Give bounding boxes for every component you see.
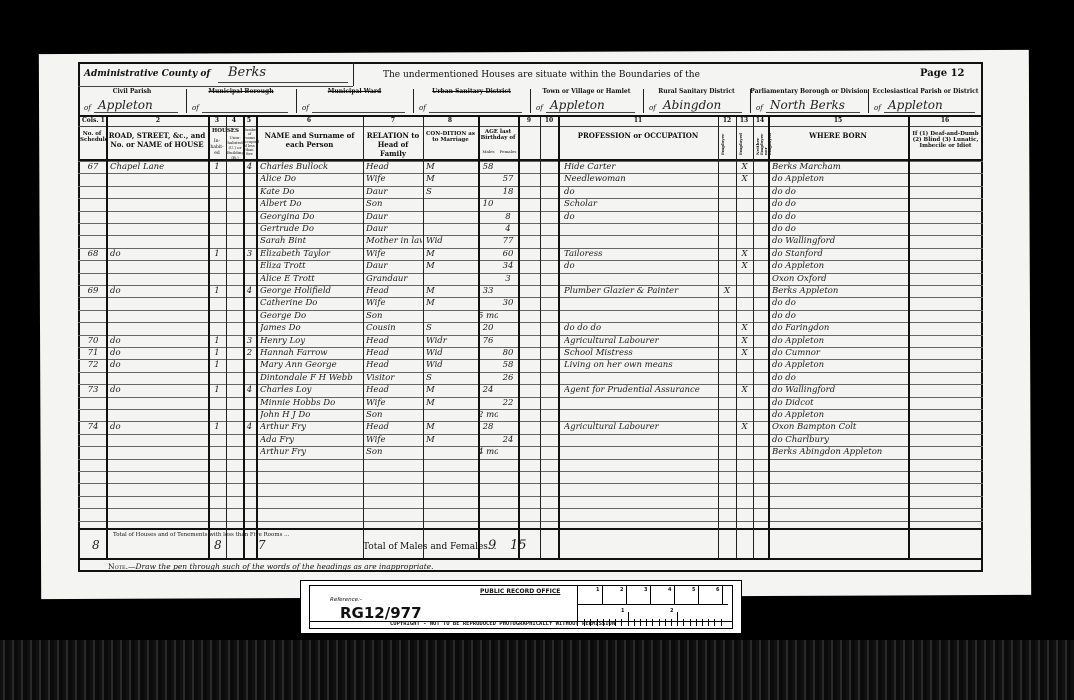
column-header-road: ROAD, STREET, &c., and No. or NAME of HO… bbox=[108, 131, 206, 149]
cell-condition: M bbox=[426, 161, 476, 173]
column-header-age: AGE last Birthday of bbox=[478, 129, 518, 141]
footnote-text: Draw the pen through such of the words o… bbox=[136, 562, 434, 571]
cell-born: do Charlbury bbox=[772, 434, 906, 446]
footnote-prefix: Note.— bbox=[108, 562, 136, 571]
cell-born: Oxon Bampton Colt bbox=[772, 421, 906, 433]
cell-rooms: 4 bbox=[243, 384, 256, 396]
reference-value: RG12/977 bbox=[340, 604, 422, 622]
cell-male-age: 58 bbox=[478, 161, 498, 173]
cell-born: do Stanford bbox=[772, 248, 906, 260]
cell-name: Kate Do bbox=[260, 186, 364, 198]
cell-relation: Head bbox=[366, 359, 422, 371]
cell-occupation: Scholar bbox=[564, 198, 716, 210]
column-number: 8 bbox=[440, 117, 460, 124]
cell-employer: X bbox=[718, 285, 736, 297]
cell-rooms: 3 bbox=[243, 335, 256, 347]
cell-schedule: 74 bbox=[80, 421, 106, 433]
header-field-label: Ecclesiastical Parish or District bbox=[868, 89, 983, 95]
cell-female-age: 26 bbox=[498, 372, 518, 384]
cell-relation: Wife bbox=[366, 434, 422, 446]
column-number: 10 bbox=[539, 117, 559, 124]
cell-born: do Faringdon bbox=[772, 322, 906, 334]
cell-relation: Daur bbox=[366, 260, 422, 272]
cell-relation: Wife bbox=[366, 173, 422, 185]
cell-name: Mary Ann George bbox=[260, 359, 364, 371]
cell-inhabited: 1 bbox=[208, 285, 226, 297]
cell-female-age: 80 bbox=[498, 347, 518, 359]
cell-condition: M bbox=[426, 434, 476, 446]
cell-born: do Appleton bbox=[772, 359, 906, 371]
cell-occupation: do do do bbox=[564, 322, 716, 334]
cell-name: Sarah Bint bbox=[260, 235, 364, 247]
persons-total-label: Total of Males and Females... bbox=[363, 542, 497, 552]
cell-female-age: 22 bbox=[498, 397, 518, 409]
header-field-label: Civil Parish bbox=[78, 89, 186, 95]
cell-name: Gertrude Do bbox=[260, 223, 364, 235]
cell-name: Catherine Do bbox=[260, 297, 364, 309]
cell-name: Eliza Trott bbox=[260, 260, 364, 272]
cell-employed: X bbox=[736, 322, 753, 334]
cell-condition: M bbox=[426, 421, 476, 433]
inhabited-total: 8 bbox=[214, 538, 222, 552]
cell-born: do Wallingford bbox=[772, 384, 906, 396]
cell-road: do bbox=[110, 248, 206, 260]
cell-condition: Wid bbox=[426, 347, 476, 359]
boundaries-text: The undermentioned Houses are situate wi… bbox=[383, 70, 700, 80]
cell-rooms: 3 bbox=[243, 248, 256, 260]
column-number: 15 bbox=[828, 117, 848, 124]
cell-inhabited: 1 bbox=[208, 161, 226, 173]
cell-road: do bbox=[110, 347, 206, 359]
column-number: 6 bbox=[299, 117, 319, 124]
cell-female-age: 58 bbox=[498, 359, 518, 371]
cell-relation: Son bbox=[366, 310, 422, 322]
cell-rooms: 4 bbox=[243, 421, 256, 433]
column-header-uninhabited: Unin-habited (U.) or Building (B.) bbox=[227, 135, 243, 160]
cell-relation: Head bbox=[366, 285, 422, 297]
ruler-inch-label: 1 bbox=[621, 608, 624, 614]
cell-schedule: 68 bbox=[80, 248, 106, 260]
cell-inhabited: 1 bbox=[208, 421, 226, 433]
cell-relation: Cousin bbox=[366, 322, 422, 334]
cell-born: do do bbox=[772, 211, 906, 223]
cell-female-age: 24 bbox=[498, 434, 518, 446]
cell-relation: Head bbox=[366, 335, 422, 347]
ruler-cm-label: 5 bbox=[692, 587, 695, 593]
schedule-total: 8 bbox=[92, 538, 100, 552]
cell-relation: Wife bbox=[366, 397, 422, 409]
header-field-label: Municipal Borough bbox=[186, 89, 296, 95]
cell-born: do Appleton bbox=[772, 173, 906, 185]
cell-rooms: 4 bbox=[243, 285, 256, 297]
cell-condition: M bbox=[426, 384, 476, 396]
header-field-value: Abingdon bbox=[663, 98, 721, 112]
ruler-cm-label: 1 bbox=[596, 587, 599, 593]
cell-name: George Holifield bbox=[260, 285, 364, 297]
cell-name: Arthur Fry bbox=[260, 446, 364, 458]
cell-inhabited: 1 bbox=[208, 335, 226, 347]
cell-female-age: 77 bbox=[498, 235, 518, 247]
cell-male-age: 28 bbox=[478, 421, 498, 433]
cell-relation: Son bbox=[366, 198, 422, 210]
cell-employed: X bbox=[736, 161, 753, 173]
column-header-schedule: No. of Schedule bbox=[80, 131, 104, 143]
cell-name: Minnie Hobbs Do bbox=[260, 397, 364, 409]
houses-total-label: Total of Houses and of Tenements with le… bbox=[113, 532, 203, 538]
column-number: Cols. 1 bbox=[82, 117, 102, 124]
cell-name: Arthur Fry bbox=[260, 421, 364, 433]
column-header-name: NAME and Surname of each Person bbox=[258, 131, 361, 149]
cell-name: Ada Fry bbox=[260, 434, 364, 446]
cell-schedule: 73 bbox=[80, 384, 106, 396]
column-number: 2 bbox=[148, 117, 168, 124]
cell-name: George Do bbox=[260, 310, 364, 322]
cell-occupation: School Mistress bbox=[564, 347, 716, 359]
cell-road: do bbox=[110, 359, 206, 371]
cell-condition: M bbox=[426, 248, 476, 260]
scale-ruler: 12345612 bbox=[577, 586, 728, 626]
cell-condition: M bbox=[426, 173, 476, 185]
column-header-where_born: WHERE BORN bbox=[770, 131, 906, 140]
film-background bbox=[0, 640, 1074, 700]
cell-employed: X bbox=[736, 347, 753, 359]
cell-occupation: Agent for Prudential Assurance bbox=[564, 384, 716, 396]
page-number: Page 12 bbox=[920, 68, 964, 79]
column-number: 7 bbox=[383, 117, 403, 124]
cell-occupation: do bbox=[564, 186, 716, 198]
column-header-employed: Employed bbox=[739, 129, 743, 155]
cell-relation: Mother in law bbox=[366, 235, 422, 247]
of-prefix: of bbox=[536, 104, 543, 112]
cell-road: do bbox=[110, 285, 206, 297]
cell-born: do Wallingford bbox=[772, 235, 906, 247]
cell-employed: X bbox=[736, 260, 753, 272]
cell-relation: Head bbox=[366, 161, 422, 173]
header-field-value: Appleton bbox=[550, 98, 605, 112]
cell-relation: Son bbox=[366, 446, 422, 458]
cell-schedule: 67 bbox=[80, 161, 106, 173]
reference-inner: PUBLIC RECORD OFFICE Reference:- RG12/97… bbox=[309, 585, 733, 629]
rooms-total: 7 bbox=[258, 538, 266, 552]
cell-occupation: do bbox=[564, 260, 716, 272]
cell-born: do Appleton bbox=[772, 260, 906, 272]
reference-label: Reference:- bbox=[330, 597, 362, 603]
cell-rooms: 2 bbox=[243, 347, 256, 359]
cell-employed: X bbox=[736, 335, 753, 347]
reference-strip: PUBLIC RECORD OFFICE Reference:- RG12/97… bbox=[300, 580, 742, 634]
cell-born: do Cumnor bbox=[772, 347, 906, 359]
cell-born: do do bbox=[772, 186, 906, 198]
header-field-label: Town or Village or Hamlet bbox=[530, 89, 643, 95]
cell-condition: Wid bbox=[426, 235, 476, 247]
cell-inhabited: 1 bbox=[208, 248, 226, 260]
cell-relation: Head bbox=[366, 347, 422, 359]
cell-male-age: 24 bbox=[478, 384, 498, 396]
column-number: 11 bbox=[628, 117, 648, 124]
cell-relation: Wife bbox=[366, 248, 422, 260]
footnote: Note.—Draw the pen through such of the w… bbox=[108, 562, 434, 571]
cell-condition: Widr bbox=[426, 335, 476, 347]
cell-schedule: 71 bbox=[80, 347, 106, 359]
of-prefix: of bbox=[302, 104, 309, 112]
column-number: 9 bbox=[519, 117, 539, 124]
females-total: 15 bbox=[510, 538, 527, 553]
of-prefix: of bbox=[419, 104, 426, 112]
cell-road: do bbox=[110, 384, 206, 396]
cell-male-age: 20 bbox=[478, 322, 498, 334]
cell-male-age: 76 bbox=[478, 335, 498, 347]
of-prefix: of bbox=[84, 104, 91, 112]
cell-born: Berks Marcham bbox=[772, 161, 906, 173]
column-header-relation: RELATION to Head of Family bbox=[365, 131, 421, 158]
cell-female-age: 3 bbox=[498, 273, 518, 285]
cell-occupation: Tailoress bbox=[564, 248, 716, 260]
cell-relation: Son bbox=[366, 409, 422, 421]
cell-born: do do bbox=[772, 223, 906, 235]
cell-name: Alice E Trott bbox=[260, 273, 364, 285]
cell-female-age: 30 bbox=[498, 297, 518, 309]
cell-name: John H J Do bbox=[260, 409, 364, 421]
column-header-condition: CON-DITION as to Marriage bbox=[425, 131, 476, 143]
cell-female-age: 18 bbox=[498, 186, 518, 198]
column-header-females: Females bbox=[498, 149, 518, 155]
header-field-value: North Berks bbox=[770, 98, 845, 112]
cell-born: Berks Appleton bbox=[772, 285, 906, 297]
of-prefix: of bbox=[756, 104, 763, 112]
header-field-label: Parliamentary Borough or Division bbox=[750, 89, 868, 95]
cell-inhabited: 1 bbox=[208, 384, 226, 396]
cell-female-age: 60 bbox=[498, 248, 518, 260]
cell-relation: Head bbox=[366, 421, 422, 433]
cell-schedule: 69 bbox=[80, 285, 106, 297]
cell-road: Chapel Lane bbox=[110, 161, 206, 173]
cell-employed: X bbox=[736, 384, 753, 396]
header-field-label: Urban Sanitary District bbox=[413, 89, 530, 95]
cell-born: do Didcot bbox=[772, 397, 906, 409]
cell-occupation: Agricultural Labourer bbox=[564, 335, 716, 347]
cell-female-age: 57 bbox=[498, 173, 518, 185]
census-form: Administrative County of Berks The under… bbox=[78, 62, 983, 582]
header-field-value: Appleton bbox=[888, 98, 943, 112]
cell-occupation: Agricultural Labourer bbox=[564, 421, 716, 433]
cell-schedule: 70 bbox=[80, 335, 106, 347]
cell-male-age: 33 bbox=[478, 285, 498, 297]
cell-male-age: 2 mo bbox=[478, 409, 498, 421]
cell-inhabited: 1 bbox=[208, 359, 226, 371]
ruler-inch-label: 2 bbox=[670, 608, 673, 614]
cell-schedule: 72 bbox=[80, 359, 106, 371]
cell-name: Charles Loy bbox=[260, 384, 364, 396]
cell-born: do do bbox=[772, 372, 906, 384]
cell-occupation: do bbox=[564, 211, 716, 223]
column-header-employer: Employer bbox=[721, 129, 725, 155]
of-prefix: of bbox=[874, 104, 881, 112]
cell-name: Albert Do bbox=[260, 198, 364, 210]
cell-condition: M bbox=[426, 297, 476, 309]
cell-condition: Wid bbox=[426, 359, 476, 371]
cell-condition: S bbox=[426, 372, 476, 384]
cell-road: do bbox=[110, 335, 206, 347]
ruler-cm-label: 6 bbox=[716, 587, 719, 593]
cell-rooms: 4 bbox=[243, 161, 256, 173]
column-header-infirmity: If (1) Deaf-and-Dumb (2) Blind (3) Lunat… bbox=[910, 131, 981, 149]
cell-born: Berks Abingdon Appleton bbox=[772, 446, 906, 458]
cell-occupation: Needlewoman bbox=[564, 173, 716, 185]
cell-name: Dintondale F H Webb bbox=[260, 372, 364, 384]
cell-condition: M bbox=[426, 285, 476, 297]
cell-relation: Daur bbox=[366, 186, 422, 198]
header-field-label: Municipal Ward bbox=[296, 89, 413, 95]
cell-name: Georgina Do bbox=[260, 211, 364, 223]
cell-name: Alice Do bbox=[260, 173, 364, 185]
cell-born: do Appleton bbox=[772, 335, 906, 347]
cell-condition: M bbox=[426, 260, 476, 272]
cell-male-age: 10 bbox=[478, 198, 498, 210]
admin-county-label: Administrative County of bbox=[84, 69, 210, 79]
cell-employed: X bbox=[736, 173, 753, 185]
cell-relation: Visitor bbox=[366, 372, 422, 384]
cell-name: Charles Bullock bbox=[260, 161, 364, 173]
cell-occupation: Hide Carter bbox=[564, 161, 716, 173]
cell-female-age: 34 bbox=[498, 260, 518, 272]
cell-name: James Do bbox=[260, 322, 364, 334]
admin-county-value: Berks bbox=[228, 65, 266, 80]
cell-condition: M bbox=[426, 397, 476, 409]
cell-name: Henry Loy bbox=[260, 335, 364, 347]
cell-relation: Wife bbox=[366, 297, 422, 309]
cell-condition: S bbox=[426, 322, 476, 334]
cell-name: Hannah Farrow bbox=[260, 347, 364, 359]
cell-female-age: 8 bbox=[498, 211, 518, 223]
cell-born: Oxon Oxford bbox=[772, 273, 906, 285]
column-number: 16 bbox=[935, 117, 955, 124]
males-total: 9 bbox=[488, 538, 496, 553]
cell-female-age: 4 bbox=[498, 223, 518, 235]
cell-born: do do bbox=[772, 310, 906, 322]
cell-born: do do bbox=[772, 297, 906, 309]
column-header-occupation: PROFESSION or OCCUPATION bbox=[560, 131, 716, 140]
cell-inhabited: 1 bbox=[208, 347, 226, 359]
column-header-males: Males bbox=[479, 149, 498, 155]
cell-relation: Daur bbox=[366, 223, 422, 235]
ruler-cm-label: 3 bbox=[644, 587, 647, 593]
cell-relation: Daur bbox=[366, 211, 422, 223]
cell-occupation: Living on her own means bbox=[564, 359, 716, 371]
column-header-inhabited: In-habit-ed bbox=[209, 139, 225, 157]
header-field-value: Appleton bbox=[98, 98, 153, 112]
cell-condition: S bbox=[426, 186, 476, 198]
ruler-cm-label: 2 bbox=[620, 587, 623, 593]
record-office: PUBLIC RECORD OFFICE bbox=[480, 588, 560, 595]
cell-male-age: 5 mo bbox=[478, 310, 498, 322]
cell-occupation: Plumber Glazier & Painter bbox=[564, 285, 716, 297]
cell-relation: Grandaur bbox=[366, 273, 422, 285]
header-field-label: Rural Sanitary District bbox=[643, 89, 750, 95]
cell-relation: Head bbox=[366, 384, 422, 396]
cell-employed: X bbox=[736, 248, 753, 260]
cell-employed: X bbox=[736, 421, 753, 433]
ruler-cm-label: 4 bbox=[668, 587, 671, 593]
cell-born: do do bbox=[772, 198, 906, 210]
cell-male-age: 4 mo bbox=[478, 446, 498, 458]
cell-road: do bbox=[110, 421, 206, 433]
cell-born: do Appleton bbox=[772, 409, 906, 421]
cell-name: Elizabeth Taylor bbox=[260, 248, 364, 260]
of-prefix: of bbox=[192, 104, 199, 112]
of-prefix: of bbox=[649, 104, 656, 112]
